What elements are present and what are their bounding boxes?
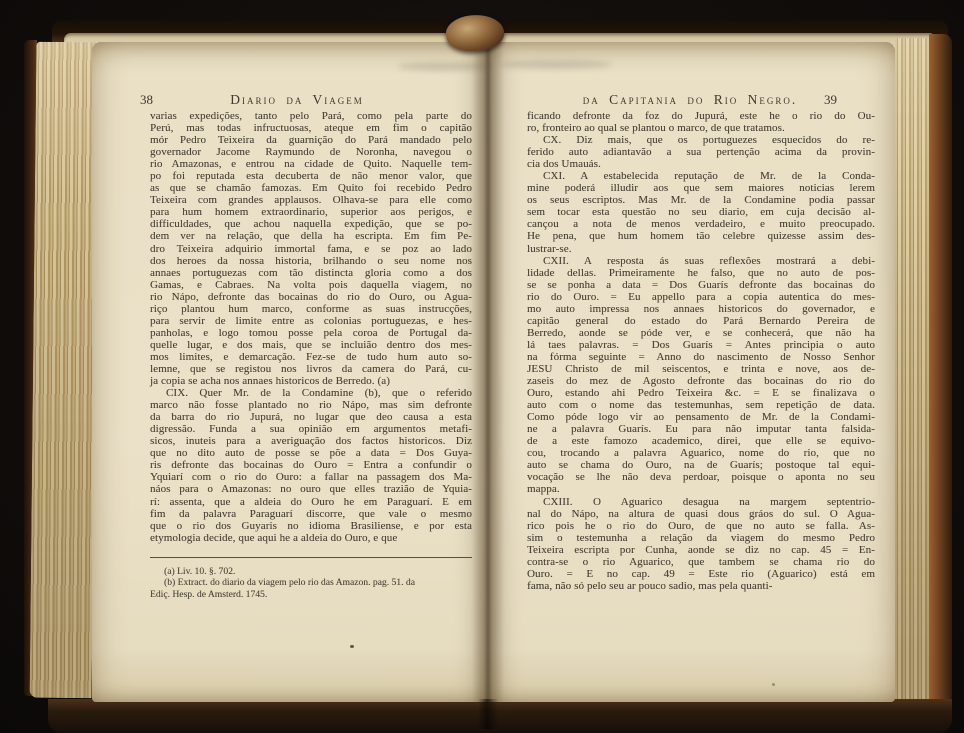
text-line: CXII. A resposta ás suas reflexões mostr… bbox=[527, 255, 875, 267]
text-line: Como póde logo vir ao pensamento de Mr. … bbox=[527, 411, 875, 423]
text-line: Yquiarí com o rio do Ouro: a fallar na p… bbox=[150, 471, 472, 483]
text-line: ja copia se acha nos annaes historicos d… bbox=[150, 375, 472, 387]
text-line: as que se chamão famozas. Em Quito foi r… bbox=[150, 182, 472, 194]
left-running-head: 38 Diario da Viagem bbox=[150, 92, 472, 110]
text-line: cou, trocando a palavra Aguarico, nome d… bbox=[527, 447, 875, 459]
footnote-rule bbox=[150, 557, 472, 558]
text-line: para servir de limite entre as colonias … bbox=[150, 315, 472, 327]
text-line: Teixeira escripta por Cunha, aonde se di… bbox=[527, 544, 875, 556]
text-line: quelle lugar, e dos mais, que se incluiã… bbox=[150, 339, 472, 351]
text-line: rio do Ouro. = Eu appello para a copia a… bbox=[527, 291, 875, 303]
page-left: 38 Diario da Viagem varias expedições, t… bbox=[92, 42, 488, 702]
text-line: cançou a nota de menos verdadeiro, e mui… bbox=[527, 218, 875, 230]
text-line: que no dito auto de posse se põe a data … bbox=[150, 447, 472, 459]
ink-offset-smudge bbox=[500, 60, 612, 69]
running-title-right: da Capitania do Rio Negro. bbox=[516, 92, 864, 108]
text-line: panholas, e logo tomou posse pela coroa … bbox=[150, 327, 472, 339]
text-line: mór Pedro Teixeira da guarnição do Pará … bbox=[150, 134, 472, 146]
paper-fleck bbox=[350, 645, 354, 648]
text-line: para hum homem extraordinario, superior … bbox=[150, 206, 472, 218]
text-line: náos para o Amazonas: no ouro que elles … bbox=[150, 483, 472, 495]
right-text-column: da Capitania do Rio Negro. 39 ficando de… bbox=[527, 92, 875, 592]
footnote-line: (a) Liv. 10. §. 702. bbox=[150, 566, 472, 578]
left-text-column: 38 Diario da Viagem varias expedições, t… bbox=[150, 92, 472, 600]
text-line: po foi reputada esta decuberta de não me… bbox=[150, 170, 472, 182]
text-line: CIX. Quer Mr. de la Condamine (b), que o… bbox=[150, 387, 472, 399]
text-line: varias expedições, tanto pelo Pará, como… bbox=[150, 110, 472, 122]
text-line: JESU Christo de mil seiscentos, e trinta… bbox=[527, 363, 875, 375]
text-line: contra-se o rio Aguarico, que tambem se … bbox=[527, 556, 875, 568]
text-line: sicos, inuteis para a averiguação dos fa… bbox=[150, 435, 472, 447]
text-line: annaes portuguezas com tão distincta glo… bbox=[150, 267, 472, 279]
text-line: na fórma seguinte = Anno do nascimento d… bbox=[527, 351, 875, 363]
text-line: mos limites, e demarcação. Fez-se de tud… bbox=[150, 351, 472, 363]
text-line: ficando defronte da foz do Jupurá, este … bbox=[527, 110, 875, 122]
text-line: etymologia decide, que aqui he a aldeia … bbox=[150, 532, 472, 544]
text-line: CXI. A estabelecida reputação de Mr. de … bbox=[527, 170, 875, 182]
text-line: dos heroes da nossa historia, brilhando … bbox=[150, 255, 472, 267]
text-line: ferido auto adiantavão a sua pertenção a… bbox=[527, 146, 875, 158]
photo-background: 38 Diario da Viagem varias expedições, t… bbox=[0, 0, 964, 733]
text-line: fim da palavra Paraguarí discorre, que v… bbox=[150, 508, 472, 520]
text-line: CXIII. O Aguarico desagua na margem sept… bbox=[527, 496, 875, 508]
text-line: sem tocar esta questão no seu diario, em… bbox=[527, 206, 875, 218]
right-running-head: da Capitania do Rio Negro. 39 bbox=[527, 92, 875, 110]
text-line: dem ver na relação, que della ha escript… bbox=[150, 230, 472, 242]
text-line: zaseis do mez de Agosto defronte das boc… bbox=[527, 375, 875, 387]
gutter-bottom-notch bbox=[478, 699, 498, 729]
ink-offset-smudge bbox=[398, 62, 490, 71]
text-line: rio Amazonas, e entrou na cidade de Quit… bbox=[150, 158, 472, 170]
book-cover-right-edge bbox=[929, 34, 952, 702]
footnote-line: Ediç. Hesp. de Amsterd. 1745. bbox=[150, 589, 472, 601]
text-line: fama, não só pelo seu ar pouco sadio, ma… bbox=[527, 580, 875, 592]
text-line: marco não fosse plantado no rio Nápo, ma… bbox=[150, 399, 472, 411]
text-line: vocação se lhe não deva perdoar, poisque… bbox=[527, 471, 875, 483]
text-line: se se ponha a data = Dos Guarís defronte… bbox=[527, 279, 875, 291]
text-line: rí: assenta, que a aldeia do Ouro he em … bbox=[150, 496, 472, 508]
text-line: Perú, mas todas infructuosas, ateque em … bbox=[150, 122, 472, 134]
text-line: auto se chama do Ouro, na de Guarís; pos… bbox=[527, 459, 875, 471]
book-cover-bottom-edge bbox=[48, 699, 952, 733]
text-line: riço plantou hum marco, conforme as suas… bbox=[150, 303, 472, 315]
footnote-line: (b) Extract. do diario da viagem pelo ri… bbox=[150, 577, 472, 589]
text-line: mine poderá illudir aos que sem maiores … bbox=[527, 182, 875, 194]
text-line: Ouro. = E no cap. 49 = Este rio (Aguaric… bbox=[527, 568, 875, 580]
text-line: Ouro, estando ahi Pedro Teixeira &c. = E… bbox=[527, 387, 875, 399]
text-line: os seus escriptos. Mas Mr. de la Condami… bbox=[527, 194, 875, 206]
right-page-body-text: ficando defronte da foz do Jupurá, este … bbox=[527, 110, 875, 592]
text-line: mo auto impressa nos annaes historicos d… bbox=[527, 303, 875, 315]
text-line: capitão general do estado do Pará Bernar… bbox=[527, 315, 875, 327]
text-line: da barra do rio Jupurá, no lugar que deo… bbox=[150, 411, 472, 423]
text-line: sim o testemunha a relação da viagem do … bbox=[527, 532, 875, 544]
text-line: Gamas, e Cabraes. Na volta pois daquella… bbox=[150, 279, 472, 291]
left-page-body-text: varias expedições, tanto pelo Pará, como… bbox=[150, 110, 472, 544]
text-line: nal do Nápo, na altura de quasi dous grá… bbox=[527, 508, 875, 520]
left-fore-edge-pages bbox=[30, 42, 99, 699]
text-line: ro, fronteiro ao qual se plantou o marco… bbox=[527, 122, 875, 134]
text-line: difficuldades, que achou naquella expedi… bbox=[150, 218, 472, 230]
right-fore-edge-pages bbox=[895, 38, 932, 700]
left-page-footnotes: (a) Liv. 10. §. 702.(b) Extract. do diar… bbox=[150, 566, 472, 601]
text-line: de a este famozo academico, direi, que e… bbox=[527, 435, 875, 447]
text-line: lustrar-se. bbox=[527, 243, 875, 255]
text-line: que o rio dos Guyaris no idioma Brasilie… bbox=[150, 520, 472, 532]
text-line: auto com o nome das testemunhas, sem rep… bbox=[527, 399, 875, 411]
page-right: da Capitania do Rio Negro. 39 ficando de… bbox=[488, 42, 895, 702]
text-line: Berredo, aonde se póde ver, e se conhece… bbox=[527, 327, 875, 339]
text-line: lá taes palavras. = Dos Guarís = Antes p… bbox=[527, 339, 875, 351]
running-title-left: Diario da Viagem bbox=[136, 92, 458, 108]
text-line: governador Jacome Raymundo de Noronha, n… bbox=[150, 146, 472, 158]
text-line: lidade dellas. Primeiramente he falso, q… bbox=[527, 267, 875, 279]
paper-fleck bbox=[772, 683, 775, 686]
text-line: dro Teixeira adquirio immortal fama, e s… bbox=[150, 243, 472, 255]
text-line: cia dos Umauás. bbox=[527, 158, 875, 170]
text-line: ris defronte das bocainas do Ouro = Entr… bbox=[150, 459, 472, 471]
text-line: Teixeira com grandes applausos. Olhava-s… bbox=[150, 194, 472, 206]
text-line: ne a palavra Guarís. Eu para não imputar… bbox=[527, 423, 875, 435]
text-line: rio Nápo, defronte das bocainas do rio d… bbox=[150, 291, 472, 303]
page-number-right: 39 bbox=[824, 92, 837, 108]
text-line: mappa. bbox=[527, 483, 875, 495]
text-line: rico pois he o rio do Ouro, de que no au… bbox=[527, 520, 875, 532]
text-line: digressão. Funda a sua opinião em argume… bbox=[150, 423, 472, 435]
text-line: CX. Diz mais, que os portuguezes esqueci… bbox=[527, 134, 875, 146]
text-line: lemne, que se registou nos livros da cam… bbox=[150, 363, 472, 375]
text-line: He pena, que hum homem tão celebre quize… bbox=[527, 230, 875, 242]
